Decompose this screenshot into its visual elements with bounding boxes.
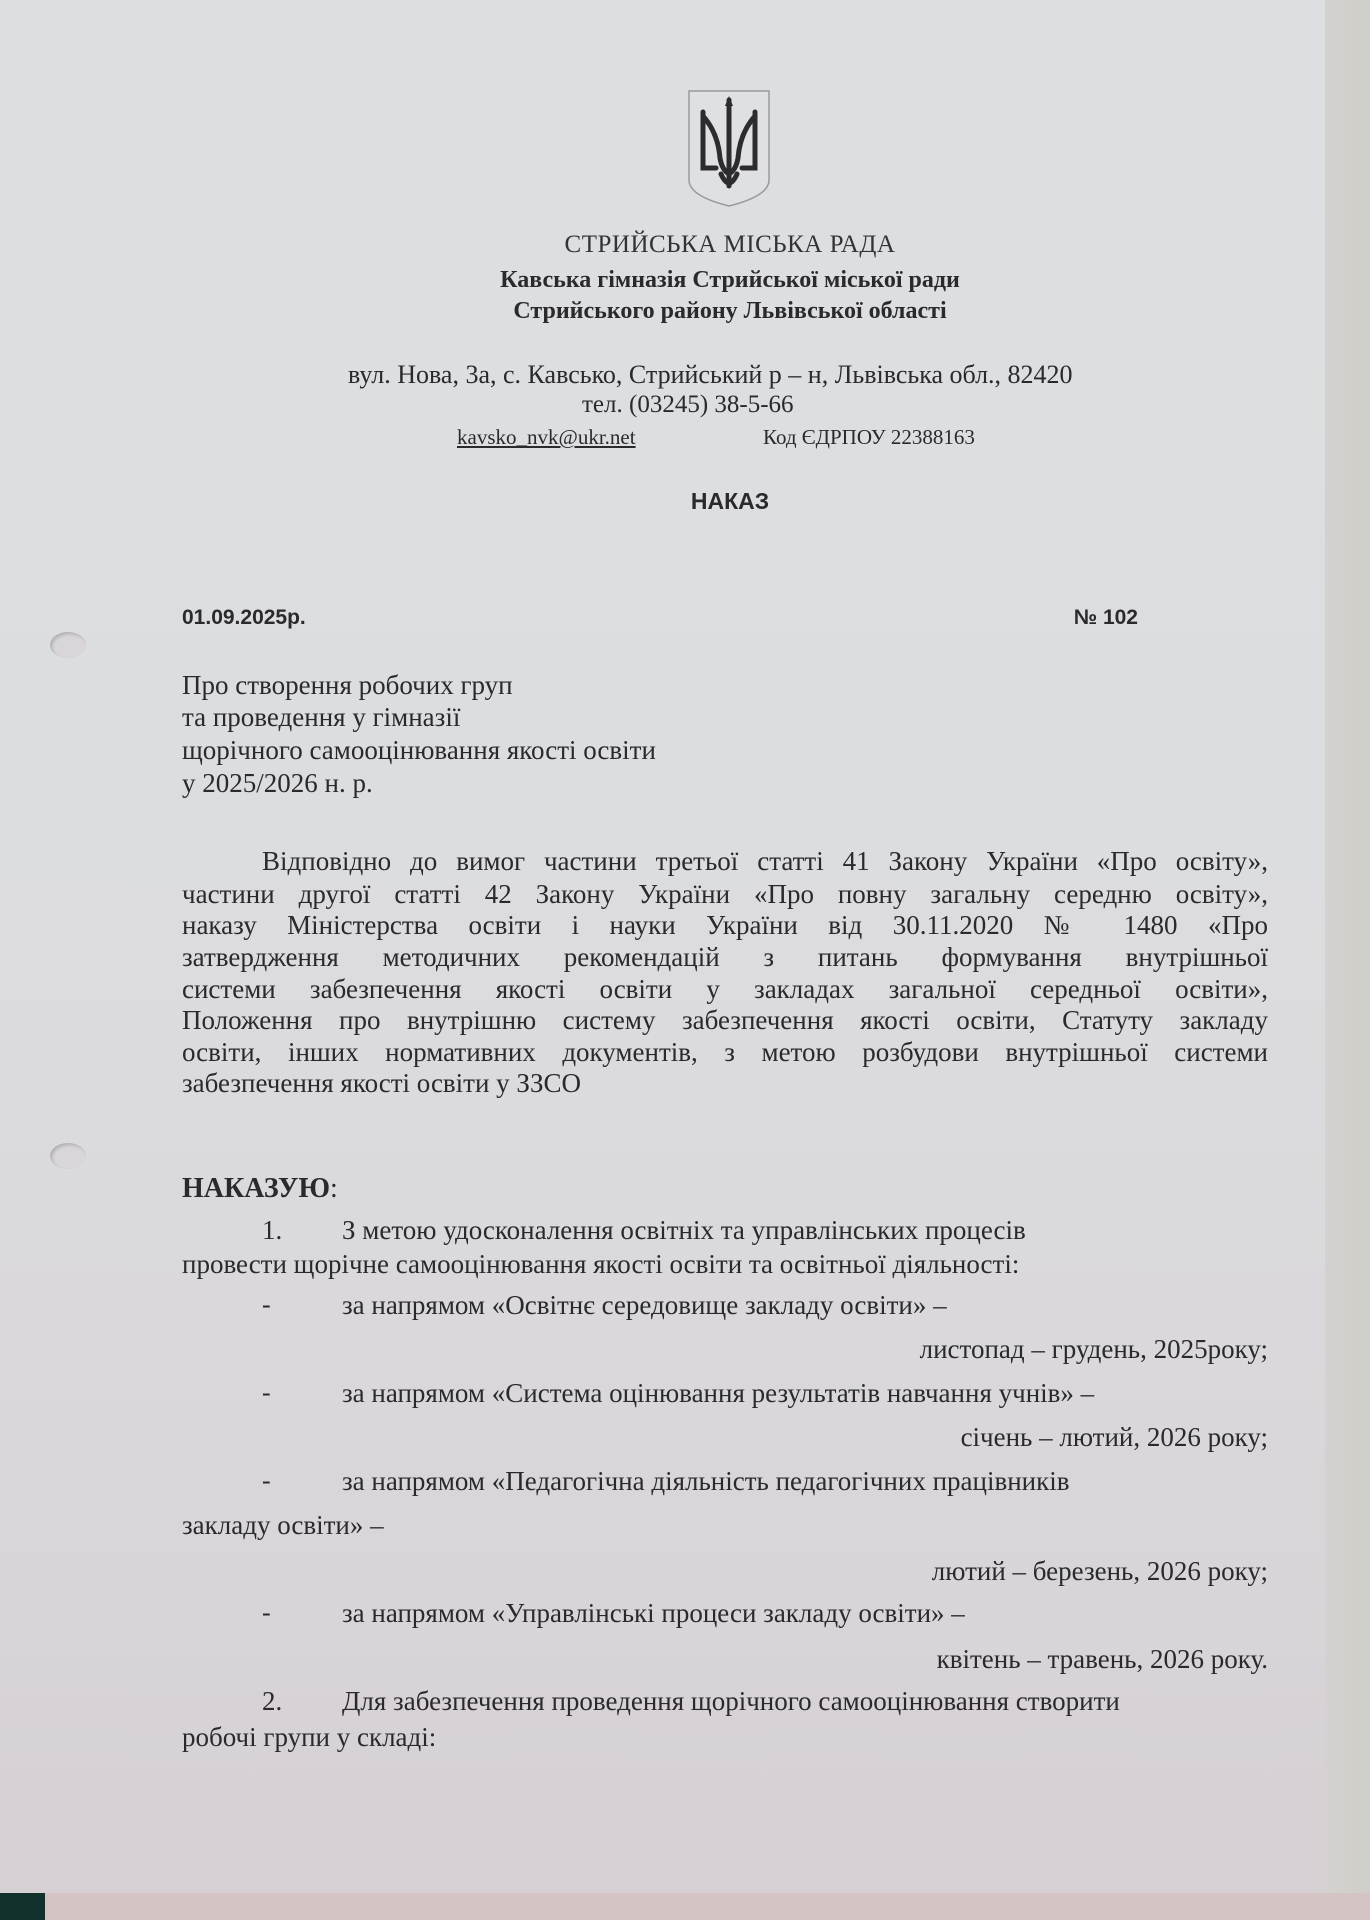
trident-coat-of-arms-icon <box>686 88 772 208</box>
preamble-line: частини другої статті 42 Закону України … <box>182 879 1268 909</box>
preamble-line: Відповідно до вимог частини третьої стат… <box>262 846 1268 876</box>
paper-sheet: СТРИЙСЬКА МІСЬКА РАДА Кавська гімназія С… <box>0 0 1325 1893</box>
school-district: Стрийського району Львівської області <box>0 296 1370 326</box>
item-text: робочі групи у складі: <box>182 1722 436 1752</box>
preamble-line: забезпечення якості освіти у ЗЗСО <box>182 1068 1268 1098</box>
preamble-line: освіти, інших нормативних документів, з … <box>182 1037 1268 1067</box>
school-name: Кавська гімназія Стрийської міської ради <box>0 265 1370 295</box>
council-name: СТРИЙСЬКА МІСЬКА РАДА <box>0 230 1370 260</box>
subject-line: та проведення у гімназії <box>182 702 460 732</box>
preamble-line: Положення про внутрішню систему забезпеч… <box>182 1005 1268 1035</box>
preamble-line: системи забезпечення якості освіти у зак… <box>182 974 1268 1004</box>
school-edrpou-code: Код ЄДРПОУ 22388163 <box>763 422 975 452</box>
school-email-link[interactable]: kavsko_nvk@ukr.net <box>457 422 636 452</box>
direction-period: квітень – травень, 2026 року. <box>182 1644 1268 1674</box>
subject-line: щорічного самооцінювання якості освіти <box>182 735 656 765</box>
item-text: Для забезпечення проведення щорічного са… <box>342 1686 1120 1716</box>
order-colon: : <box>330 1173 338 1204</box>
item-number: 1. <box>262 1215 282 1245</box>
direction-text: за напрямом «Система оцінювання результа… <box>342 1378 1094 1408</box>
order-heading: НАКАЗУЮ: <box>182 1174 338 1204</box>
direction-text: за напрямом «Освітнє середовище закладу … <box>342 1290 947 1320</box>
document-type-heading: НАКАЗ <box>0 486 1370 516</box>
school-phone: тел. (03245) 38-5-66 <box>582 390 794 420</box>
item-number: 2. <box>262 1686 282 1716</box>
direction-text-continued: закладу освіти» – <box>182 1510 384 1540</box>
table-surface-right <box>1325 0 1370 1920</box>
dark-object-corner <box>0 1893 45 1920</box>
item-text: провести щорічне самооцінювання якості о… <box>182 1249 1019 1279</box>
direction-period: січень – лютий, 2026 року; <box>182 1422 1268 1452</box>
direction-period: листопад – грудень, 2025року; <box>182 1334 1268 1364</box>
direction-text: за напрямом «Управлінські процеси заклад… <box>342 1598 965 1628</box>
preamble-line: наказу Міністерства освіти і науки Украї… <box>182 910 1268 940</box>
bullet-dash: - <box>262 1598 271 1628</box>
order-word: НАКАЗУЮ <box>182 1173 330 1204</box>
direction-period: лютий – березень, 2026 року; <box>182 1556 1268 1586</box>
punch-hole <box>50 632 86 658</box>
item-text: З метою удосконалення освітніх та управл… <box>342 1215 1026 1245</box>
bullet-dash: - <box>262 1466 271 1496</box>
subject-line: Про створення робочих груп <box>182 670 513 700</box>
school-address: вул. Нова, 3а, с. Кавсько, Стрийський р … <box>348 360 1073 390</box>
punch-hole <box>50 1143 86 1169</box>
bullet-dash: - <box>262 1290 271 1320</box>
document-number: № 102 <box>1060 603 1138 633</box>
bullet-dash: - <box>262 1378 271 1408</box>
direction-text: за напрямом «Педагогічна діяльність педа… <box>342 1466 1069 1496</box>
subject-line: у 2025/2026 н. р. <box>182 768 373 798</box>
preamble-line: затвердження методичних рекомендацій з п… <box>182 942 1268 972</box>
document-date: 01.09.2025р. <box>182 603 306 633</box>
table-surface-bottom <box>0 1893 1370 1920</box>
